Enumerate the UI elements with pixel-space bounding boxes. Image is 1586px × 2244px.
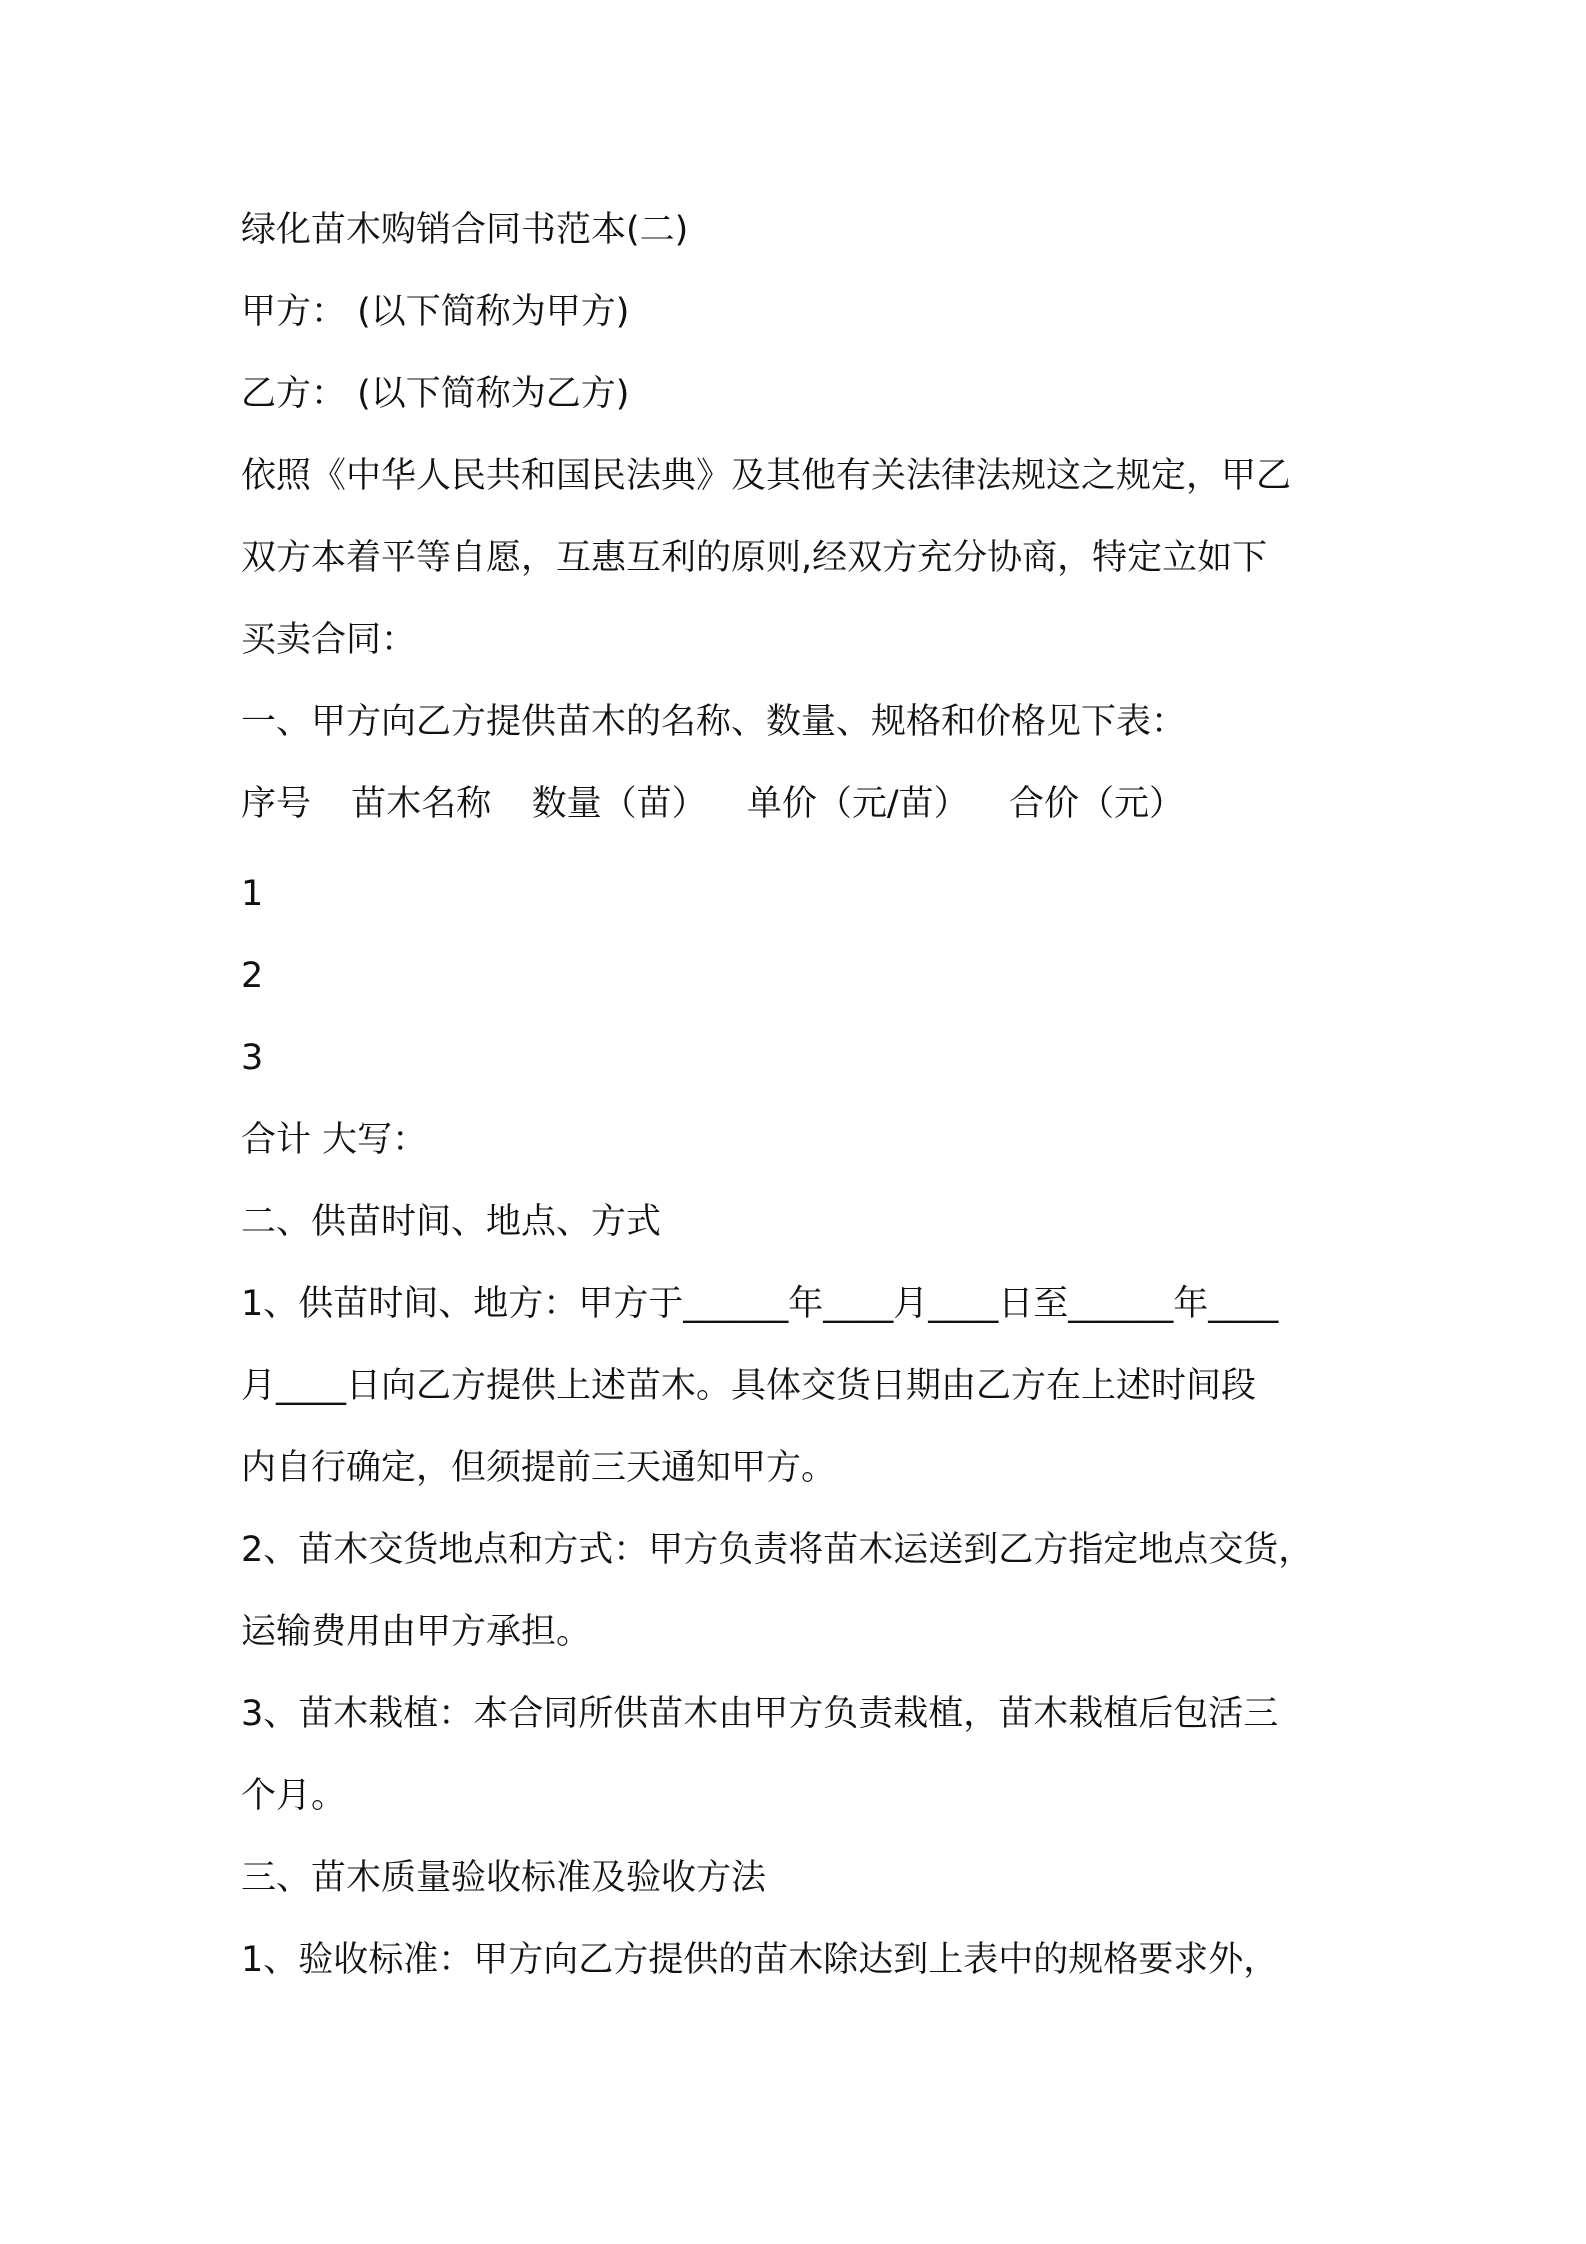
preamble-line-2: 双方本着平等自愿，互惠互利的原则,经双方充分协商，特定立如下 xyxy=(241,536,1267,580)
section2-heading: 二、供苗时间、地点、方式 xyxy=(241,1200,661,1244)
section3-heading: 三、苗木质量验收标准及验收方法 xyxy=(241,1856,766,1900)
section2-item1-line-3: 内自行确定，但须提前三天通知甲方。 xyxy=(241,1446,836,1490)
section2-item1-line-1: 1、供苗时间、地方：甲方于______年____月____日至______年__… xyxy=(241,1282,1278,1326)
document-page: 绿化苗木购销合同书范本(二) 甲方： (以下简称为甲方) 乙方： (以下简称为乙… xyxy=(0,0,1586,2244)
table-row: 2 xyxy=(241,954,263,998)
table-row: 3 xyxy=(241,1036,263,1080)
preamble-line-3: 买卖合同： xyxy=(241,618,416,662)
table-header-total-price: 合价（元） xyxy=(1009,784,1184,824)
document-title: 绿化苗木购销合同书范本(二) xyxy=(241,208,688,252)
table-header-name: 苗木名称 xyxy=(351,784,491,824)
preamble-line-1: 依照《中华人民共和国民法典》及其他有关法律法规这之规定，甲乙 xyxy=(241,454,1291,498)
table-row: 1 xyxy=(241,872,263,916)
section2-item1-line-2: 月____日向乙方提供上述苗木。具体交货日期由乙方在上述时间段 xyxy=(241,1364,1256,1408)
party-a-line: 甲方： (以下简称为甲方) xyxy=(241,290,629,334)
section3-item1-line-1: 1、验收标准：甲方向乙方提供的苗木除达到上表中的规格要求外， xyxy=(241,1938,1278,1982)
table-header-index: 序号 xyxy=(241,784,311,824)
party-b-line: 乙方： (以下简称为乙方) xyxy=(241,372,629,416)
table-header-row: 序号 苗木名称 数量（苗） 单价（元/苗） 合价（元） xyxy=(241,782,1184,826)
table-header-unit-price: 单价（元/苗） xyxy=(747,784,969,824)
section2-item2-line-1: 2、苗木交货地点和方式：甲方负责将苗木运送到乙方指定地点交货， xyxy=(241,1528,1313,1572)
table-header-quantity: 数量（苗） xyxy=(532,784,707,824)
section1-heading: 一、甲方向乙方提供苗木的名称、数量、规格和价格见下表： xyxy=(241,700,1186,744)
section2-item3-line-2: 个月。 xyxy=(241,1774,346,1818)
table-total-row: 合计 大写： xyxy=(241,1118,427,1162)
section2-item2-line-2: 运输费用由甲方承担。 xyxy=(241,1610,591,1654)
section2-item3-line-1: 3、苗木栽植：本合同所供苗木由甲方负责栽植，苗木栽植后包活三 xyxy=(241,1692,1278,1736)
